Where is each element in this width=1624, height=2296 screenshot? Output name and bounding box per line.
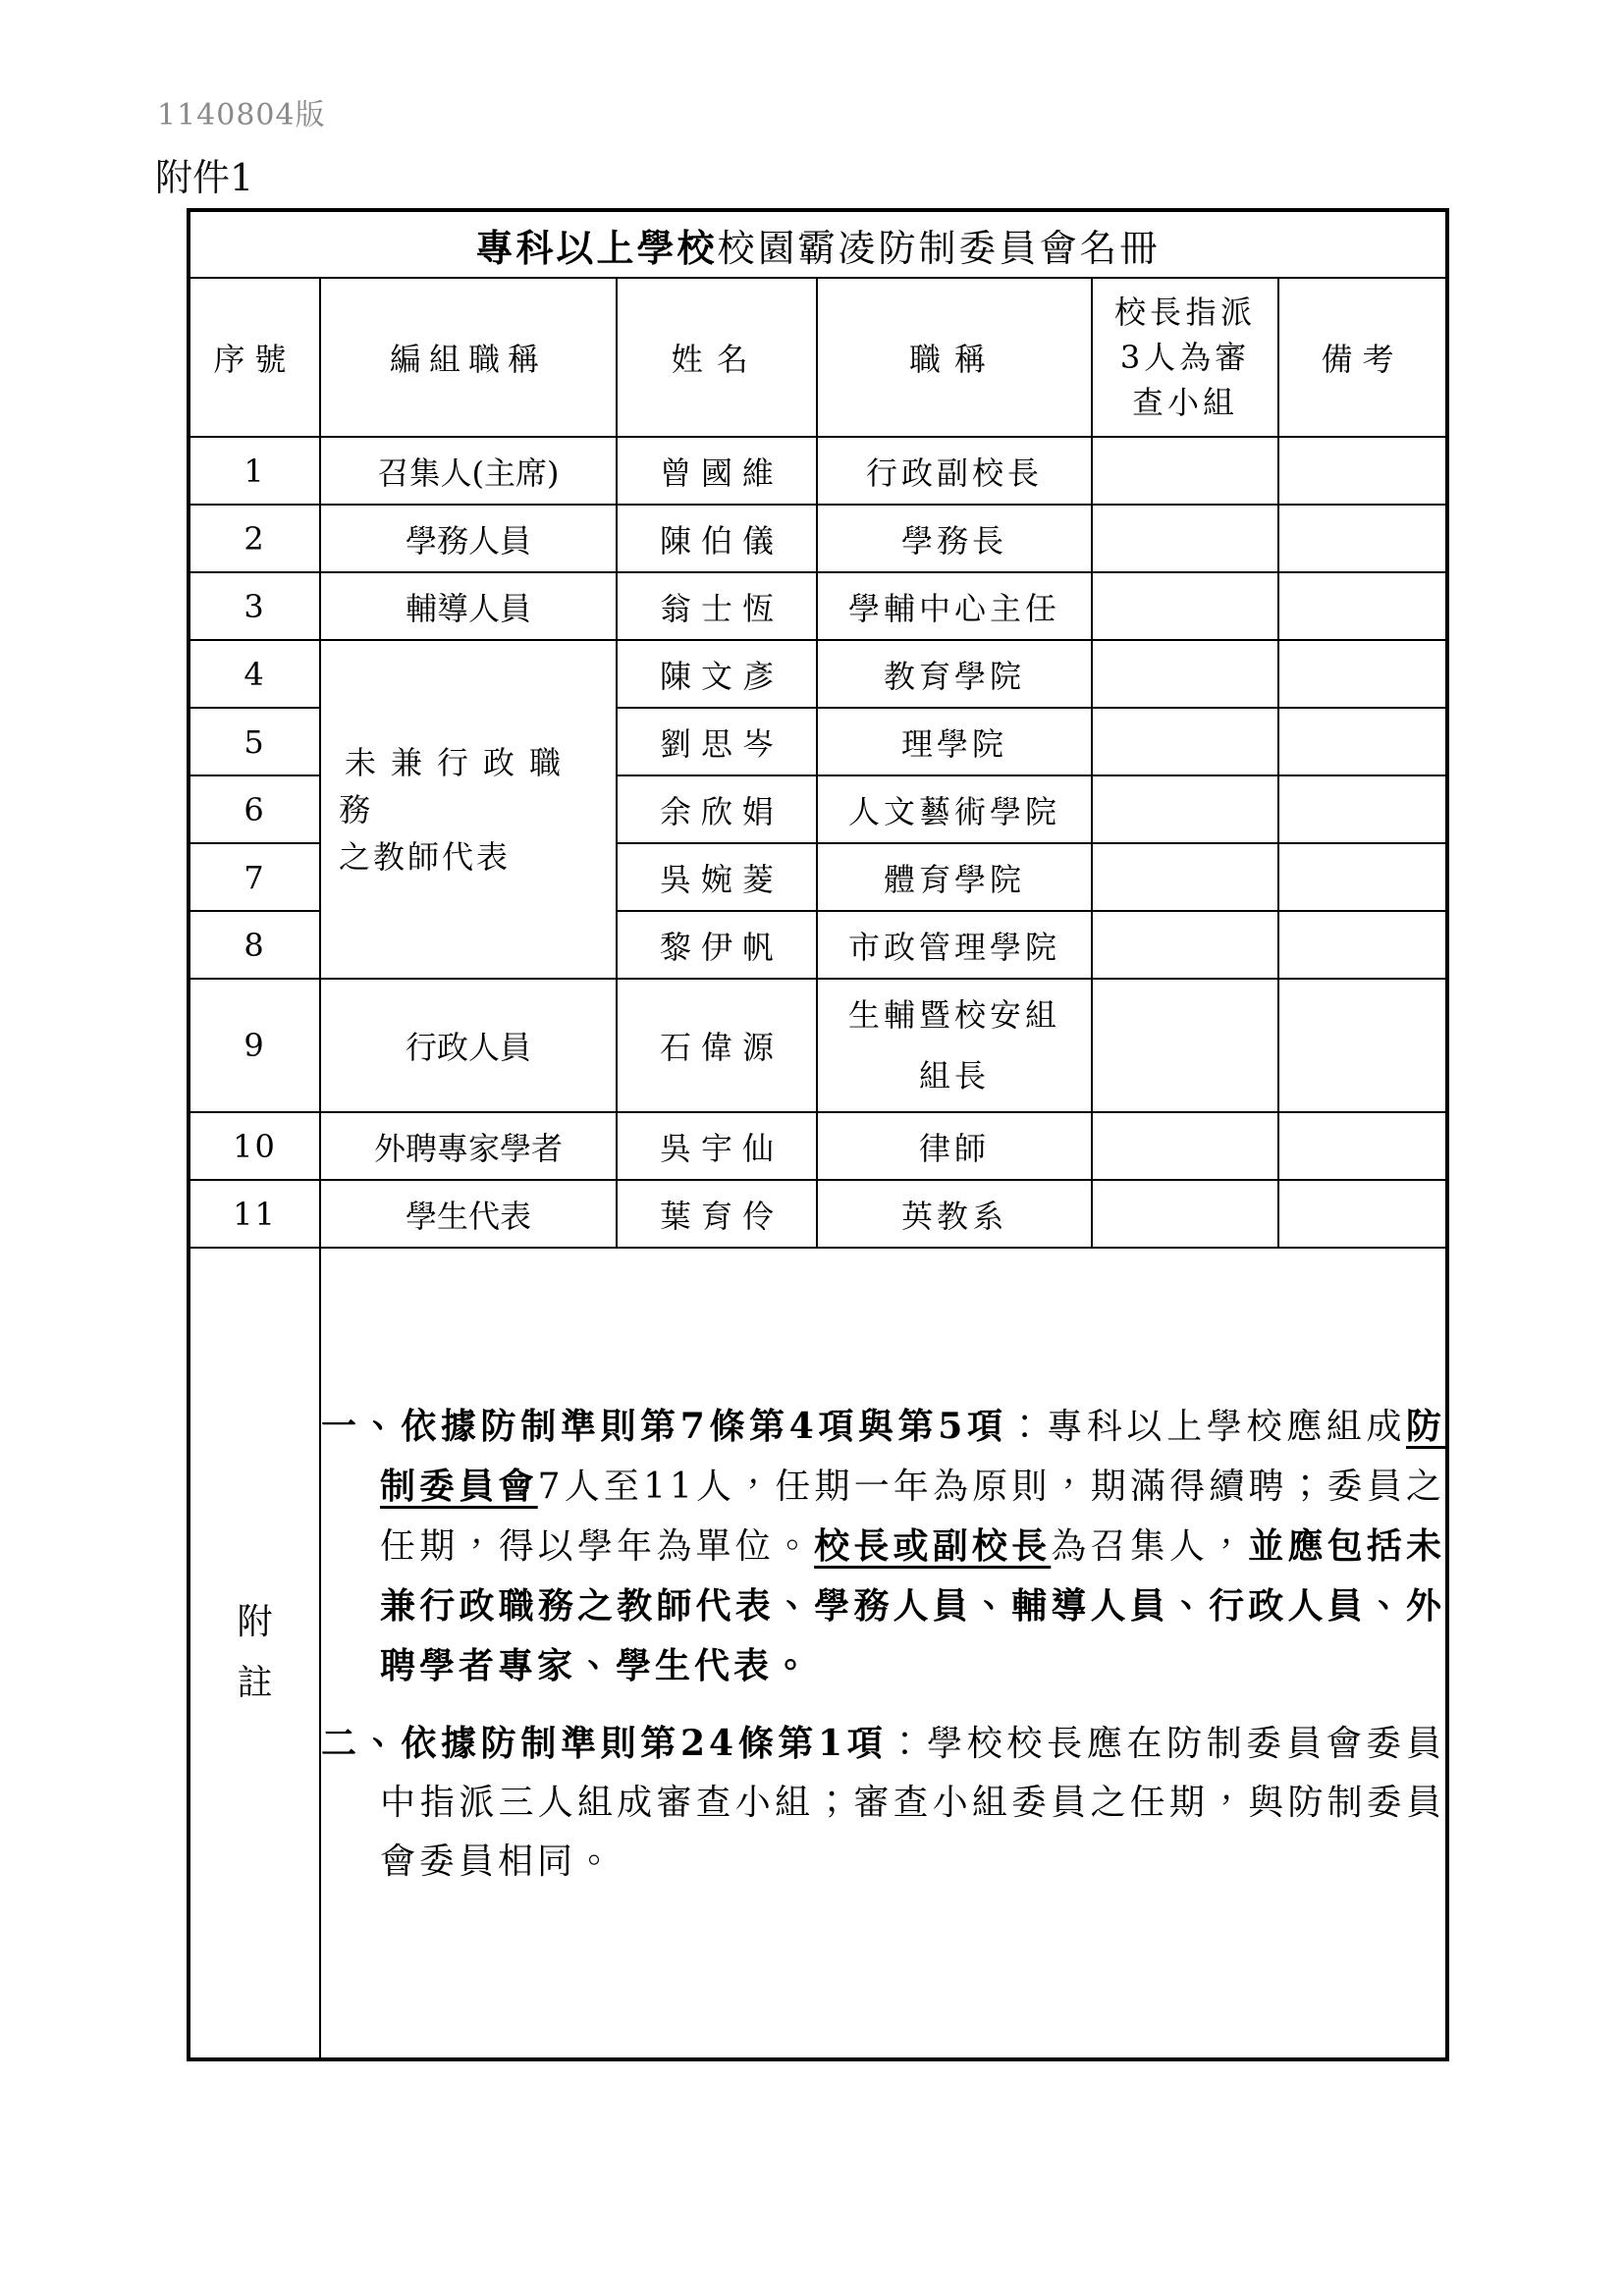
review-panel-cell [1092, 843, 1278, 911]
table-title: 專科以上學校校園霸凌防制委員會名冊 [189, 210, 1447, 278]
committee-roster-table: 專科以上學校校園霸凌防制委員會名冊 序號 編組職稱 姓名 職稱 校長指派 3人為… [187, 208, 1449, 2061]
name-cell: 葉育伶 [617, 1180, 817, 1248]
seq-cell: 9 [189, 979, 320, 1112]
attachment-label: 附件1 [155, 147, 253, 201]
name-cell: 翁士恆 [617, 572, 817, 640]
seq-cell: 1 [189, 437, 320, 505]
title-cell: 教育學院 [817, 640, 1092, 708]
name-cell: 吳婉菱 [617, 843, 817, 911]
title-cell: 理學院 [817, 708, 1092, 775]
header-remarks: 備考 [1278, 278, 1447, 437]
remarks-cell [1278, 708, 1447, 775]
remarks-cell [1278, 775, 1447, 843]
name-cell: 余欣娟 [617, 775, 817, 843]
group-cell: 召集人(主席) [320, 437, 617, 505]
seq-cell: 11 [189, 1180, 320, 1248]
name-cell: 陳伯儀 [617, 505, 817, 572]
review-panel-cell [1092, 1112, 1278, 1180]
seq-cell: 6 [189, 775, 320, 843]
note-paragraph-1: 一、依據防制準則第7條第4項與第5項：專科以上學校應組成防制委員會7人至11人，… [321, 1397, 1445, 1696]
table-row-11: 11 學生代表 葉育伶 英教系 [189, 1180, 1447, 1248]
remarks-cell [1278, 911, 1447, 979]
group-cell: 學生代表 [320, 1180, 617, 1248]
review-panel-cell [1092, 572, 1278, 640]
seq-cell: 5 [189, 708, 320, 775]
note-paragraph-2: 二、依據防制準則第24條第1項：學校校長應在防制委員會委員中指派三人組成審查小組… [321, 1714, 1445, 1892]
notes-label: 附 註 [189, 1248, 320, 2059]
document-page: 1140804版 附件1 專科以上學校校園霸凌防制委員會名冊 序號 編組職稱 姓… [0, 0, 1624, 2296]
group-cell-teacher-reps: 未兼行政職務 之教師代表 [320, 640, 617, 979]
seq-cell: 3 [189, 572, 320, 640]
version-label: 1140804版 [157, 90, 326, 133]
review-panel-cell [1092, 1180, 1278, 1248]
group-cell: 行政人員 [320, 979, 617, 1112]
title-cell: 學輔中心主任 [817, 572, 1092, 640]
remarks-cell [1278, 979, 1447, 1112]
title-cell: 行政副校長 [817, 437, 1092, 505]
remarks-cell [1278, 505, 1447, 572]
table-title-school: 專科以上學校 [476, 226, 718, 270]
table-title-row: 專科以上學校校園霸凌防制委員會名冊 [189, 210, 1447, 278]
group-cell: 外聘專家學者 [320, 1112, 617, 1180]
header-name: 姓名 [617, 278, 817, 437]
table-row-9: 9 行政人員 石偉源 生輔暨校安組 組長 [189, 979, 1447, 1112]
remarks-cell [1278, 572, 1447, 640]
seq-cell: 4 [189, 640, 320, 708]
header-job-title: 職稱 [817, 278, 1092, 437]
name-cell: 劉思岑 [617, 708, 817, 775]
title-cell: 律師 [817, 1112, 1092, 1180]
review-panel-cell [1092, 979, 1278, 1112]
notes-row: 附 註 一、依據防制準則第7條第4項與第5項：專科以上學校應組成防制委員會7人至… [189, 1248, 1447, 2059]
remarks-cell [1278, 437, 1447, 505]
remarks-cell [1278, 843, 1447, 911]
remarks-cell [1278, 1180, 1447, 1248]
table-row-3: 3 輔導人員 翁士恆 學輔中心主任 [189, 572, 1447, 640]
title-cell: 市政管理學院 [817, 911, 1092, 979]
name-cell: 陳文彥 [617, 640, 817, 708]
name-cell: 黎伊帆 [617, 911, 817, 979]
table-row-4: 4 未兼行政職務 之教師代表 陳文彥 教育學院 [189, 640, 1447, 708]
group-cell: 輔導人員 [320, 572, 617, 640]
title-cell: 生輔暨校安組 組長 [817, 979, 1092, 1112]
note-segment: 校長或副校長 [814, 1525, 1051, 1567]
seq-cell: 2 [189, 505, 320, 572]
note-segment: ：專科以上學校應組成 [1007, 1407, 1406, 1447]
table-row-1: 1 召集人(主席) 曾國維 行政副校長 [189, 437, 1447, 505]
title-cell: 體育學院 [817, 843, 1092, 911]
name-cell: 吳宇仙 [617, 1112, 817, 1180]
seq-cell: 8 [189, 911, 320, 979]
table-header-row: 序號 編組職稱 姓名 職稱 校長指派 3人為審 查小組 備考 [189, 278, 1447, 437]
review-panel-cell [1092, 775, 1278, 843]
review-panel-cell [1092, 437, 1278, 505]
header-review-panel: 校長指派 3人為審 查小組 [1092, 278, 1278, 437]
remarks-cell [1278, 640, 1447, 708]
note-segment: 一、依據防制準則第7條第4項與第5項 [321, 1406, 1007, 1447]
note-segment: 為召集人， [1051, 1526, 1248, 1567]
seq-cell: 7 [189, 843, 320, 911]
table-row-2: 2 學務人員 陳伯儀 學務長 [189, 505, 1447, 572]
review-panel-cell [1092, 708, 1278, 775]
remarks-cell [1278, 1112, 1447, 1180]
seq-cell: 10 [189, 1112, 320, 1180]
title-cell: 人文藝術學院 [817, 775, 1092, 843]
table-title-rest: 校園霸凌防制委員會名冊 [718, 227, 1161, 270]
name-cell: 曾國維 [617, 437, 817, 505]
notes-content: 一、依據防制準則第7條第4項與第5項：專科以上學校應組成防制委員會7人至11人，… [320, 1248, 1447, 2059]
header-group-title: 編組職稱 [320, 278, 617, 437]
review-panel-cell [1092, 911, 1278, 979]
name-cell: 石偉源 [617, 979, 817, 1112]
header-seq: 序號 [189, 278, 320, 437]
title-cell: 學務長 [817, 505, 1092, 572]
review-panel-cell [1092, 640, 1278, 708]
note-segment: 二、依據防制準則第24條第1項 [321, 1723, 887, 1764]
group-cell: 學務人員 [320, 505, 617, 572]
title-cell: 英教系 [817, 1180, 1092, 1248]
review-panel-cell [1092, 505, 1278, 572]
table-row-10: 10 外聘專家學者 吳宇仙 律師 [189, 1112, 1447, 1180]
